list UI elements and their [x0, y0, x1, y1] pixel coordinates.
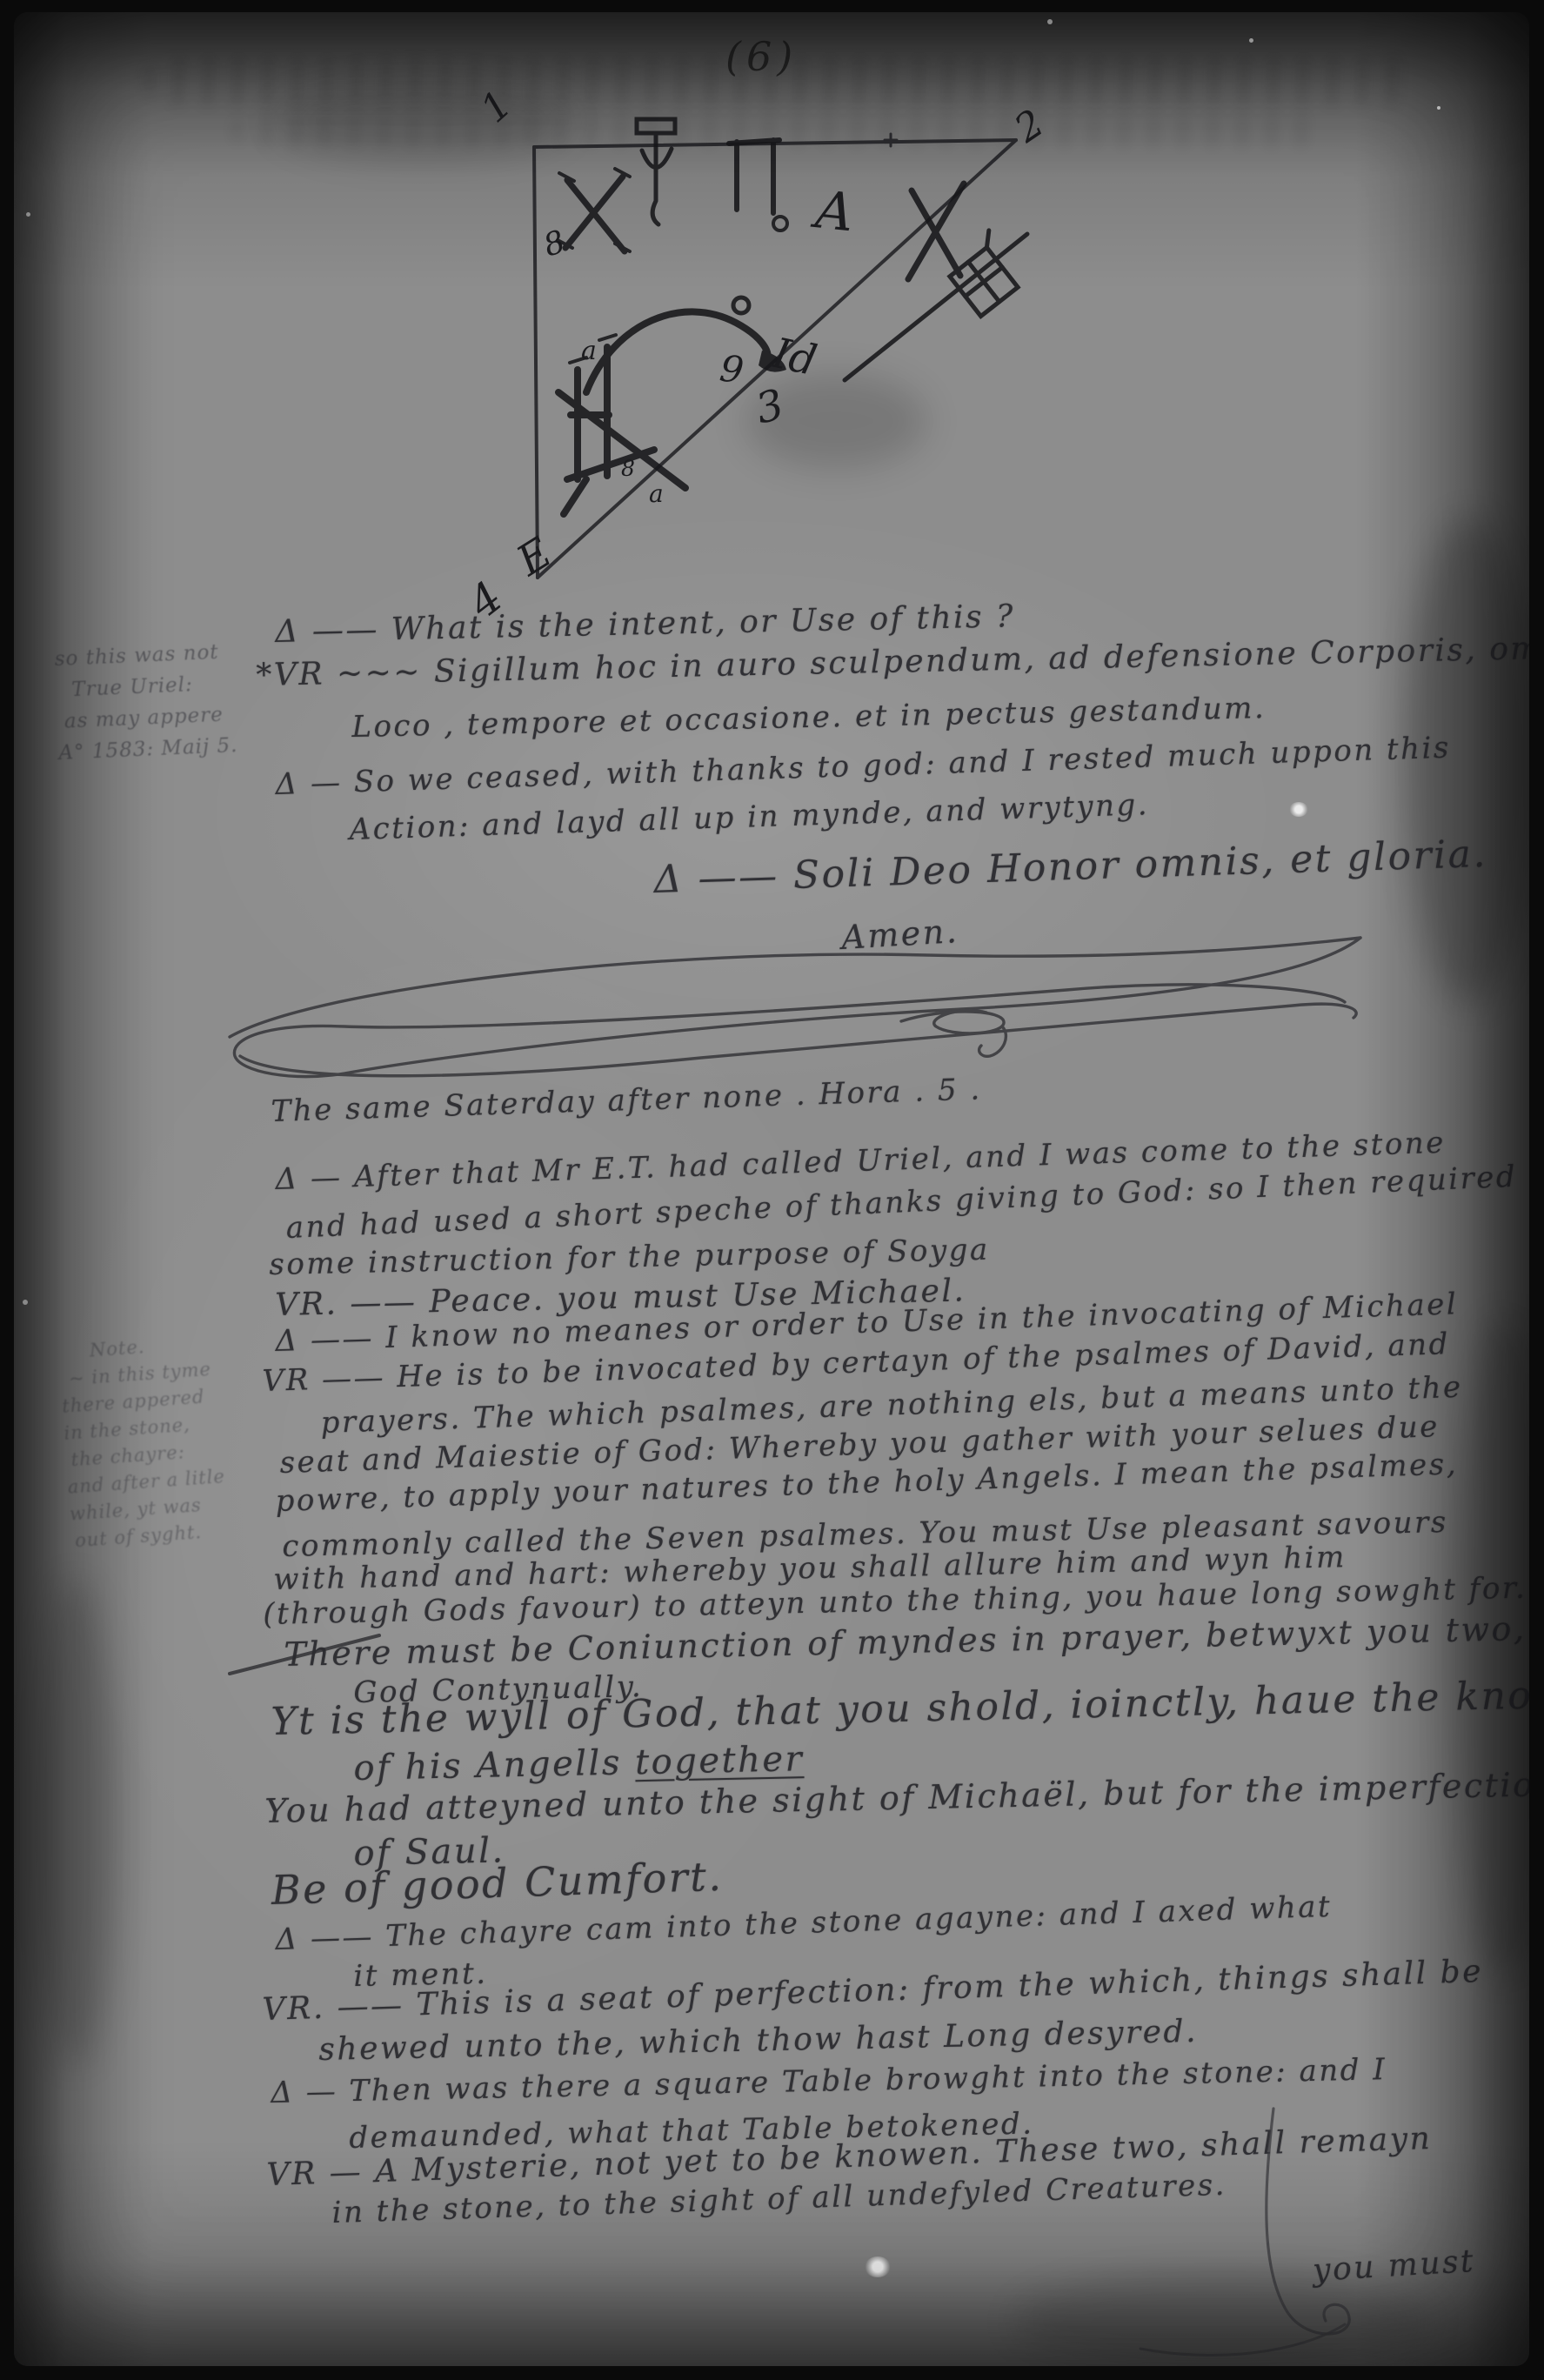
text-line: Δ — So we ceased, with thanks to god: an…	[275, 731, 1451, 802]
bleedthrough-text	[231, 115, 1319, 146]
dust-speck	[23, 1300, 28, 1305]
margin-note-line: out of syght.	[74, 1517, 230, 1554]
dust-speck	[26, 212, 30, 217]
uriel-response-line: *VR ~~~ Sigillum hoc in auro sculpendum,…	[256, 630, 1529, 693]
text-line: powre, to apply your natures to the holy…	[275, 1447, 1459, 1519]
sigil-letters-Id: Id	[768, 329, 821, 385]
stain	[1014, 2274, 1432, 2366]
letter-o-sigil	[733, 297, 749, 313]
margin-note-line: A° 1583: Maij 5.	[58, 730, 238, 769]
bleedthrough-text	[144, 57, 1414, 104]
text-line: seat and Maiestie of God: Whereby you ga…	[279, 1409, 1440, 1481]
margin-note-uriel: so this was not True Uriel: as may apper…	[54, 636, 238, 769]
flourish-divider	[214, 926, 1371, 1100]
underlined-word: together	[635, 1739, 805, 1782]
emphasis-line: Yt is the wyll of God, that you shold, i…	[271, 1670, 1529, 1744]
triangle-corner-label-2: 2	[1006, 101, 1053, 151]
text-line: Δ — Then was there a square Table browgh…	[271, 2052, 1387, 2110]
margin-note-line: Note.	[89, 1328, 217, 1364]
amen-line: Amen.	[840, 912, 959, 957]
triangle-outline	[534, 134, 1016, 578]
text-line: in the stone, to the sight of all undefy…	[331, 2168, 1227, 2230]
monogram-sigil	[558, 347, 685, 514]
triangle-corner-label-4: 4	[458, 572, 512, 629]
manuscript-photo: { "page": { "number": "(6)" }, "diagram"…	[0, 0, 1544, 2380]
sigil-figure-9: 9	[718, 346, 746, 391]
arc-sigil	[586, 311, 768, 392]
triangle-side-label-3: 3	[751, 380, 788, 434]
paper-fleck	[1289, 802, 1308, 817]
uriel-response-line: VR — A Mysterie, not yet to be knowen. T…	[266, 2121, 1433, 2193]
x-sigil	[908, 184, 964, 279]
pi-circle-sigil	[729, 140, 779, 213]
photo-frame: (6) 1 2 8 3 4	[0, 0, 1544, 2380]
sigil-letter-E: E	[508, 528, 560, 586]
text-line: Action: and layd all up in mynde, and wr…	[349, 787, 1150, 847]
diagonal-stroke	[845, 234, 1027, 380]
sigil-figure-8: 8	[621, 456, 635, 481]
stain	[31, 1578, 118, 2065]
margin-note-line: the chayre:	[70, 1436, 224, 1474]
margin-note-line: there appered	[61, 1382, 220, 1421]
line-fragment: of his Angells	[353, 1742, 636, 1788]
emphasis-line: of his Angells together	[353, 1739, 805, 1788]
text-line: shewed unto the, which thow hast Long de…	[318, 2014, 1198, 2068]
text-line: God Contynually.	[353, 1669, 644, 1710]
text-line: some instruction for the purpose of Soyg…	[269, 1233, 990, 1282]
text-line: You had atteyned unto the sight of Micha…	[264, 1765, 1529, 1830]
grid-sigil	[942, 231, 1027, 317]
dust-speck	[1047, 19, 1053, 24]
soli-deo-line: Δ —— Soli Deo Honor omnis, et gloria.	[653, 832, 1488, 902]
margin-note-line: and after a litle	[67, 1463, 226, 1501]
text-line: and had used a short speche of thanks gi…	[285, 1160, 1518, 1246]
text-line: Δ — After that Mr E.T. had called Uriel,…	[275, 1126, 1446, 1197]
session-heading: The same Saterday after none . Hora . 5 …	[271, 1072, 982, 1129]
sigil-letter-a: a	[649, 479, 664, 508]
sigil-letter-a: a	[581, 336, 597, 366]
text-line: Δ —— I know no meanes or order to Use in…	[275, 1287, 1459, 1359]
dust-speck	[1249, 38, 1253, 43]
pen-slash	[228, 1632, 384, 1677]
uriel-response-line: VR —— He is to be invocated by certayn o…	[262, 1327, 1450, 1399]
triangle-side-label-8: 8	[539, 224, 569, 264]
paper-fleck	[865, 2256, 891, 2277]
manuscript-page: (6) 1 2 8 3 4	[14, 12, 1529, 2366]
text-line: prayers. The which psalmes, are nothing …	[320, 1370, 1463, 1441]
text-line: (through Gods favour) to atteyn unto the…	[263, 1571, 1527, 1632]
margin-note-chayre: Note. ~ in this tyme there appered in th…	[57, 1328, 230, 1554]
text-line: Loco , tempore et occasione. et in pectu…	[351, 691, 1267, 745]
stain	[1406, 517, 1529, 1004]
delta-question-line: Δ —— What is the intent, or Use of this …	[275, 598, 1015, 650]
text-line: it ment.	[353, 1956, 488, 1994]
triangle-sigil-diagram: 1 2 8 3 4 A I	[484, 86, 1084, 643]
dust-speck	[1437, 106, 1440, 110]
margin-note-line: ~ in this tyme	[68, 1355, 218, 1393]
sigil-cluster	[558, 119, 1027, 514]
text-line: of Saul.	[353, 1830, 505, 1874]
stain	[275, 82, 571, 160]
page-number: (6)	[725, 33, 798, 80]
ink-smudge	[745, 373, 927, 469]
margin-note-line: in the stone,	[63, 1409, 222, 1447]
uriel-response-line: VR. —— Peace. you must Use Michael.	[275, 1273, 966, 1323]
stain	[1449, 1317, 1529, 1978]
cross-x-sigil	[565, 177, 625, 251]
margin-note-line: as may appere	[63, 699, 237, 738]
margin-note-line: while, yt was	[69, 1490, 228, 1528]
catchword-swash	[1093, 2100, 1414, 2366]
psi-square-sigil	[637, 119, 675, 224]
text-line: demaunded, what that Table betokened.	[349, 2107, 1034, 2156]
emphasis-line: Be of good Cumfort.	[271, 1853, 724, 1914]
catchword: you must	[1312, 2243, 1476, 2289]
sigil-letter-A: A	[808, 179, 856, 244]
margin-note-line: True Uriel:	[71, 667, 236, 705]
uriel-response-line: VR. —— This is a seat of perfection: fro…	[262, 1954, 1484, 2028]
margin-note-line: so this was not	[54, 636, 234, 675]
text-line: with hand and hart: whereby you shall al…	[273, 1540, 1347, 1597]
emphasis-line: There must be Coniunction of myndes in p…	[284, 1608, 1529, 1674]
text-line: commonly called the Seven psalmes. You m…	[282, 1505, 1448, 1564]
triangle-corner-label-1: 1	[472, 83, 520, 132]
text-line: Δ —— The chayre cam into the stone agayn…	[275, 1889, 1333, 1957]
